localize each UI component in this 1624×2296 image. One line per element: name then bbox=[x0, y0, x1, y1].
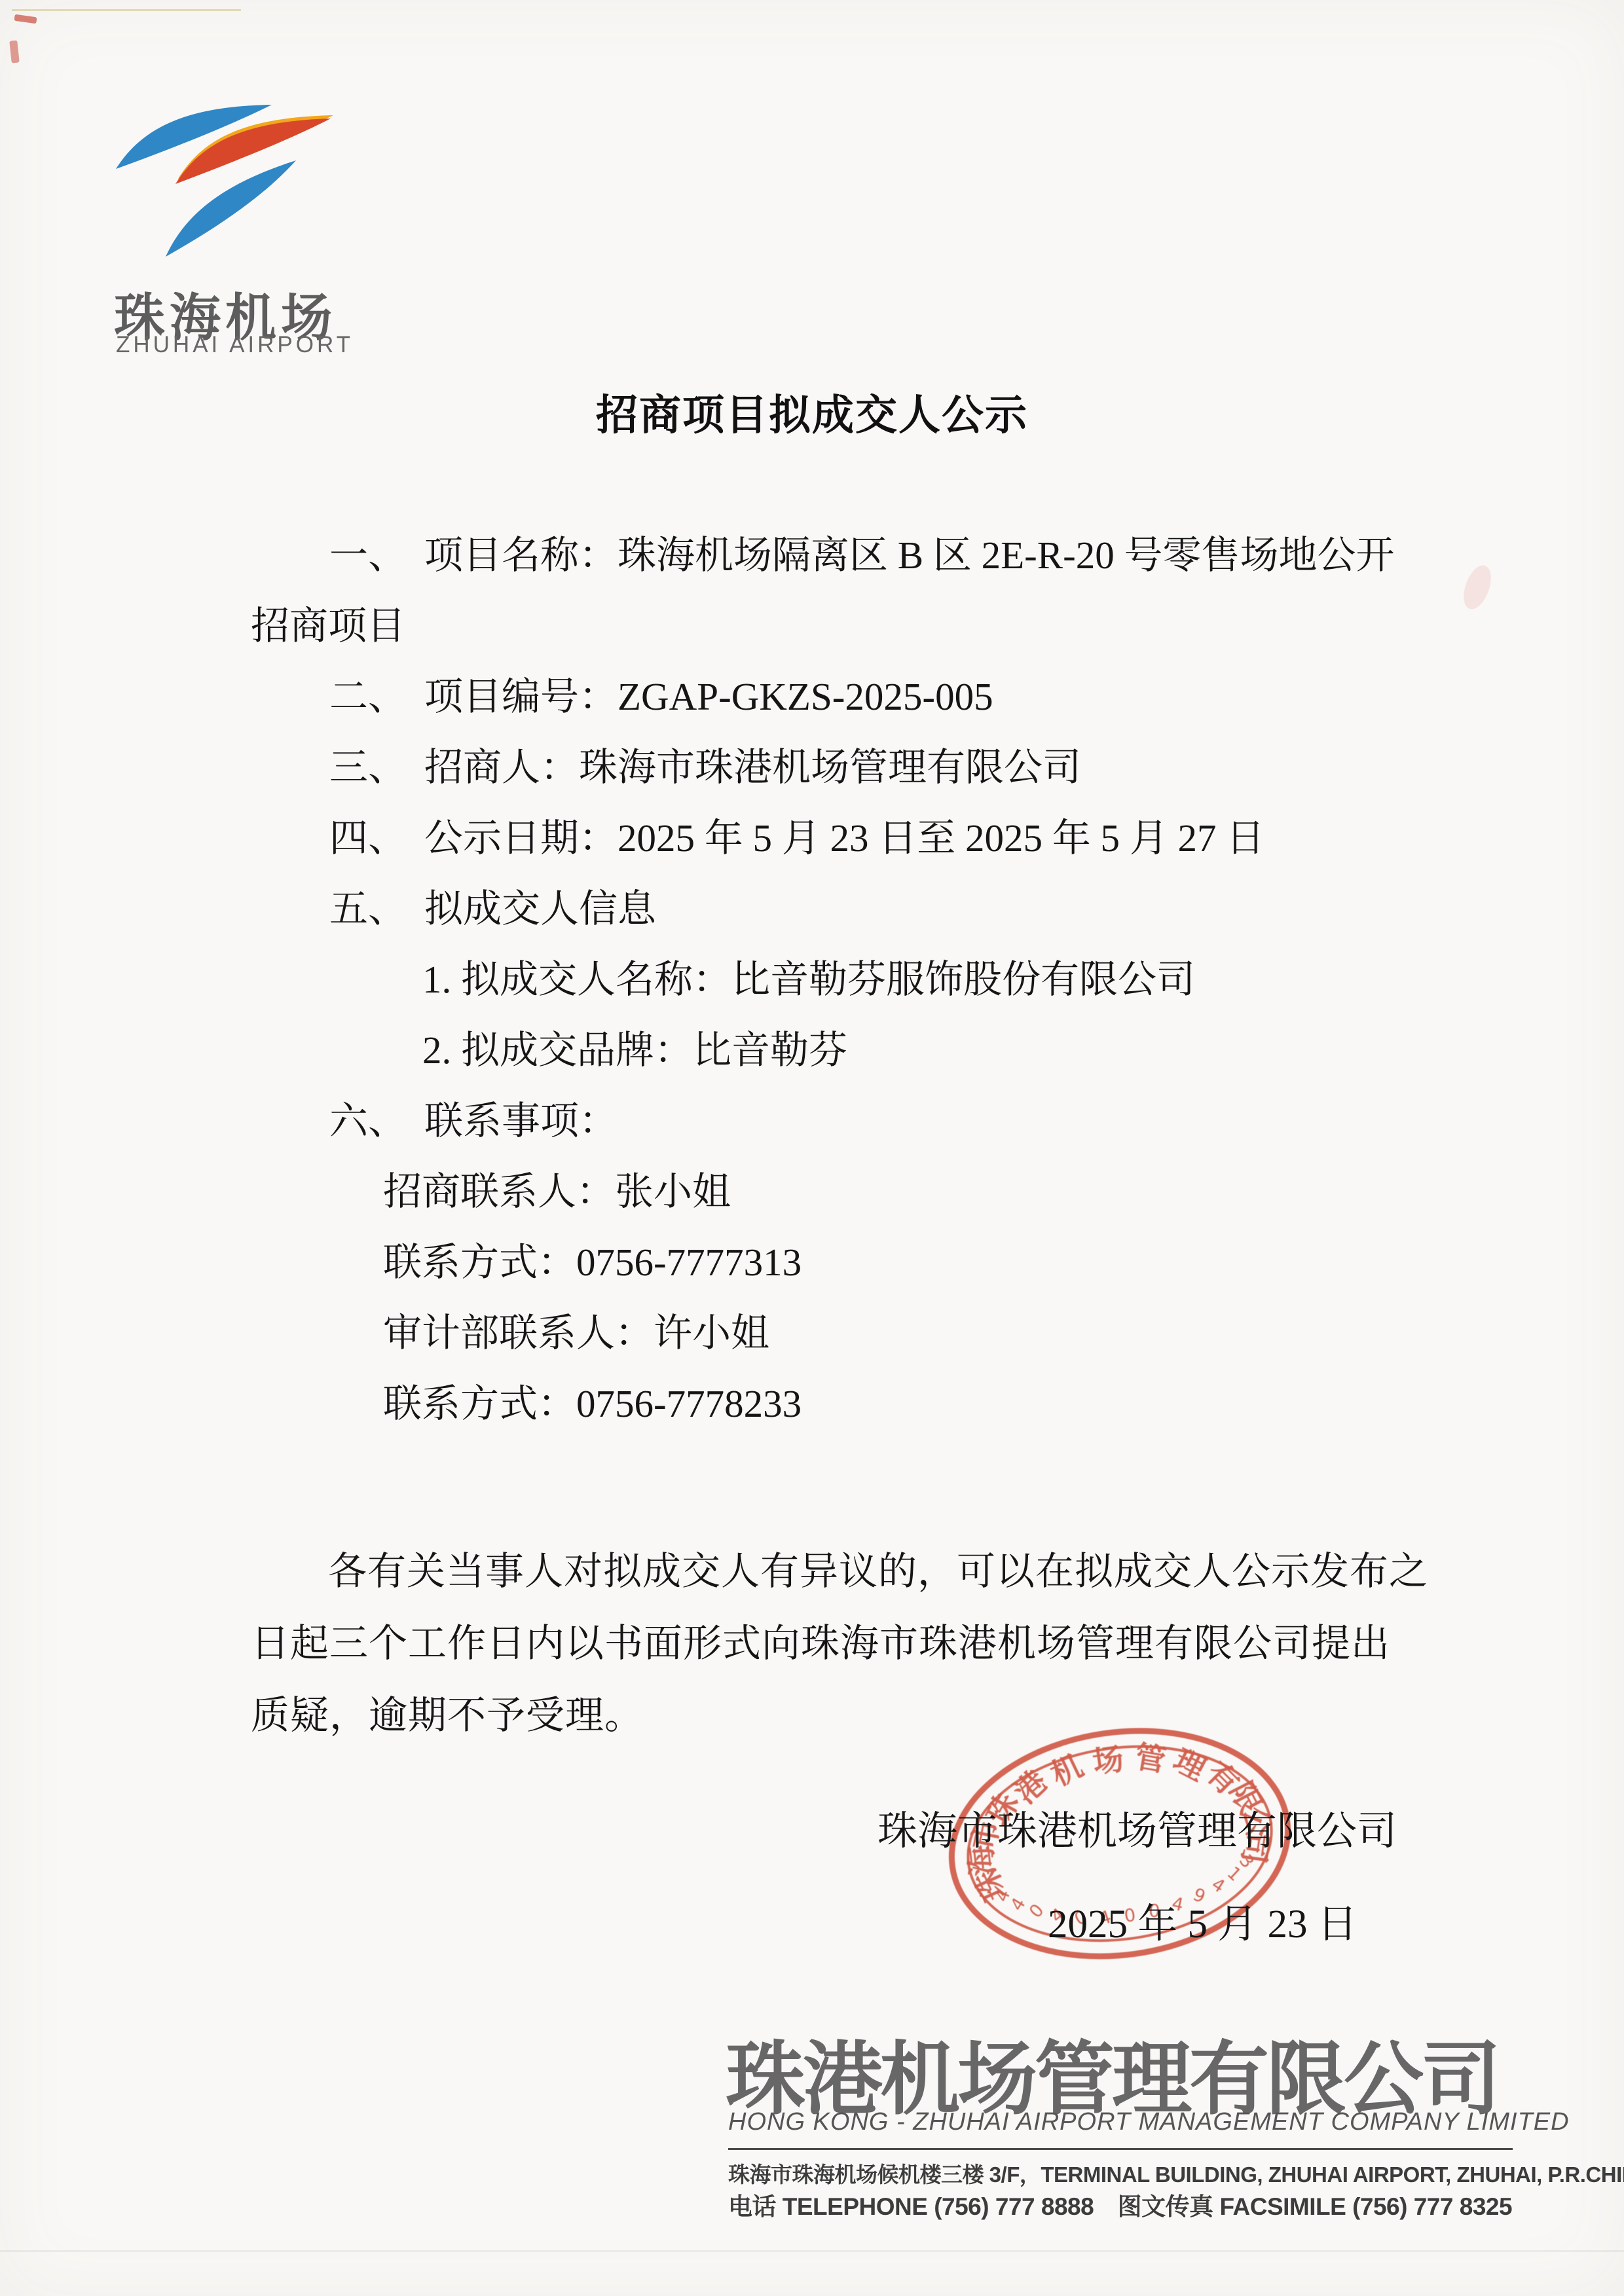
body-line-4: 三、招商人：珠海市珠港机场管理有限公司 bbox=[251, 736, 1482, 792]
item-text: 拟成交人信息 bbox=[424, 887, 656, 930]
body-line-10: 招商联系人：张小姐 bbox=[251, 1160, 1536, 1216]
svg-text:管: 管 bbox=[1132, 1740, 1168, 1779]
red-ink-artifact bbox=[14, 14, 37, 24]
page-title: 招商项目拟成交人公示 bbox=[0, 382, 1624, 442]
svg-text:0: 0 bbox=[1025, 1901, 1048, 1922]
svg-text:4: 4 bbox=[1006, 1895, 1029, 1915]
item-number: 六、 bbox=[329, 1089, 424, 1145]
scan-artifact-line bbox=[0, 2250, 1624, 2252]
item-text: 项目编号：ZGAP-GKZS-2025-005 bbox=[424, 675, 993, 718]
body-line-3: 二、项目编号：ZGAP-GKZS-2025-005 bbox=[251, 665, 1482, 721]
paragraph-line-2: 日起三个工作日内以书面形式向珠海市珠港机场管理有限公司提出 bbox=[251, 1612, 1380, 1667]
item-number: 一、 bbox=[329, 524, 424, 579]
paragraph-line-1: 各有关当事人对拟成交人有异议的，可以在拟成交人公示发布之 bbox=[251, 1540, 1380, 1595]
scan-artifact-line bbox=[12, 9, 241, 11]
red-ink-artifact bbox=[9, 40, 19, 63]
body-line-2: 招商项目 bbox=[251, 594, 1403, 650]
logo-english-name: ZHUHAI AIRPORT bbox=[116, 332, 354, 358]
body-line-1: 一、项目名称：珠海机场隔离区 B 区 2E-R-20 号零售场地公开 bbox=[251, 524, 1482, 579]
zhuhai-airport-logo: 珠海机场 ZHUHAI AIRPORT bbox=[110, 88, 385, 363]
footer-phone-fax: 电话 TELEPHONE (756) 777 8888 图文传真 FACSIMI… bbox=[728, 2187, 1521, 2222]
body-line-13: 联系方式：0756-7778233 bbox=[251, 1372, 1536, 1428]
body-line-7: 1. 拟成交人名称：比音勒芬服饰股份有限公司 bbox=[251, 948, 1575, 1004]
footer-company-english: HONG KONG - ZHUHAI AIRPORT MANAGEMENT CO… bbox=[728, 2108, 1521, 2136]
footer-divider bbox=[728, 2148, 1513, 2150]
item-number: 五、 bbox=[329, 877, 424, 933]
footer-address: 珠海市珠海机场候机楼三楼 3/F，TERMINAL BUILDING, ZHUH… bbox=[728, 2158, 1521, 2189]
body-line-5: 四、公示日期：2025 年 5 月 23 日至 2025 年 5 月 27 日 bbox=[251, 807, 1482, 862]
item-number: 四、 bbox=[329, 807, 424, 862]
item-text: 公示日期：2025 年 5 月 23 日至 2025 年 5 月 27 日 bbox=[424, 816, 1264, 860]
svg-text:场: 场 bbox=[1090, 1742, 1126, 1780]
body-line-11: 联系方式：0756-7777313 bbox=[251, 1231, 1536, 1286]
body-line-9: 六、联系事项： bbox=[251, 1089, 1482, 1145]
svg-text:机: 机 bbox=[1046, 1749, 1088, 1793]
item-number: 二、 bbox=[329, 665, 424, 721]
item-text: 联系事项： bbox=[424, 1099, 618, 1142]
signature-date: 2025 年 5 月 23 日 bbox=[1048, 1892, 1357, 1949]
item-text: 项目名称：珠海机场隔离区 B 区 2E-R-20 号零售场地公开 bbox=[424, 534, 1395, 577]
body-line-12: 审计部联系人：许小姐 bbox=[251, 1302, 1536, 1357]
body-line-8: 2. 拟成交品牌：比音勒芬 bbox=[251, 1019, 1575, 1074]
document-page: 珠海机场 ZHUHAI AIRPORT 招商项目拟成交人公示 一、项目名称：珠海… bbox=[0, 0, 1624, 2296]
body-line-6: 五、拟成交人信息 bbox=[251, 877, 1482, 933]
airport-swoosh-icon bbox=[110, 88, 359, 272]
signature-company: 珠海市珠港机场管理有限公司 bbox=[877, 1799, 1397, 1856]
item-text: 招商人：珠海市珠港机场管理有限公司 bbox=[424, 746, 1081, 789]
item-number: 三、 bbox=[329, 736, 424, 792]
